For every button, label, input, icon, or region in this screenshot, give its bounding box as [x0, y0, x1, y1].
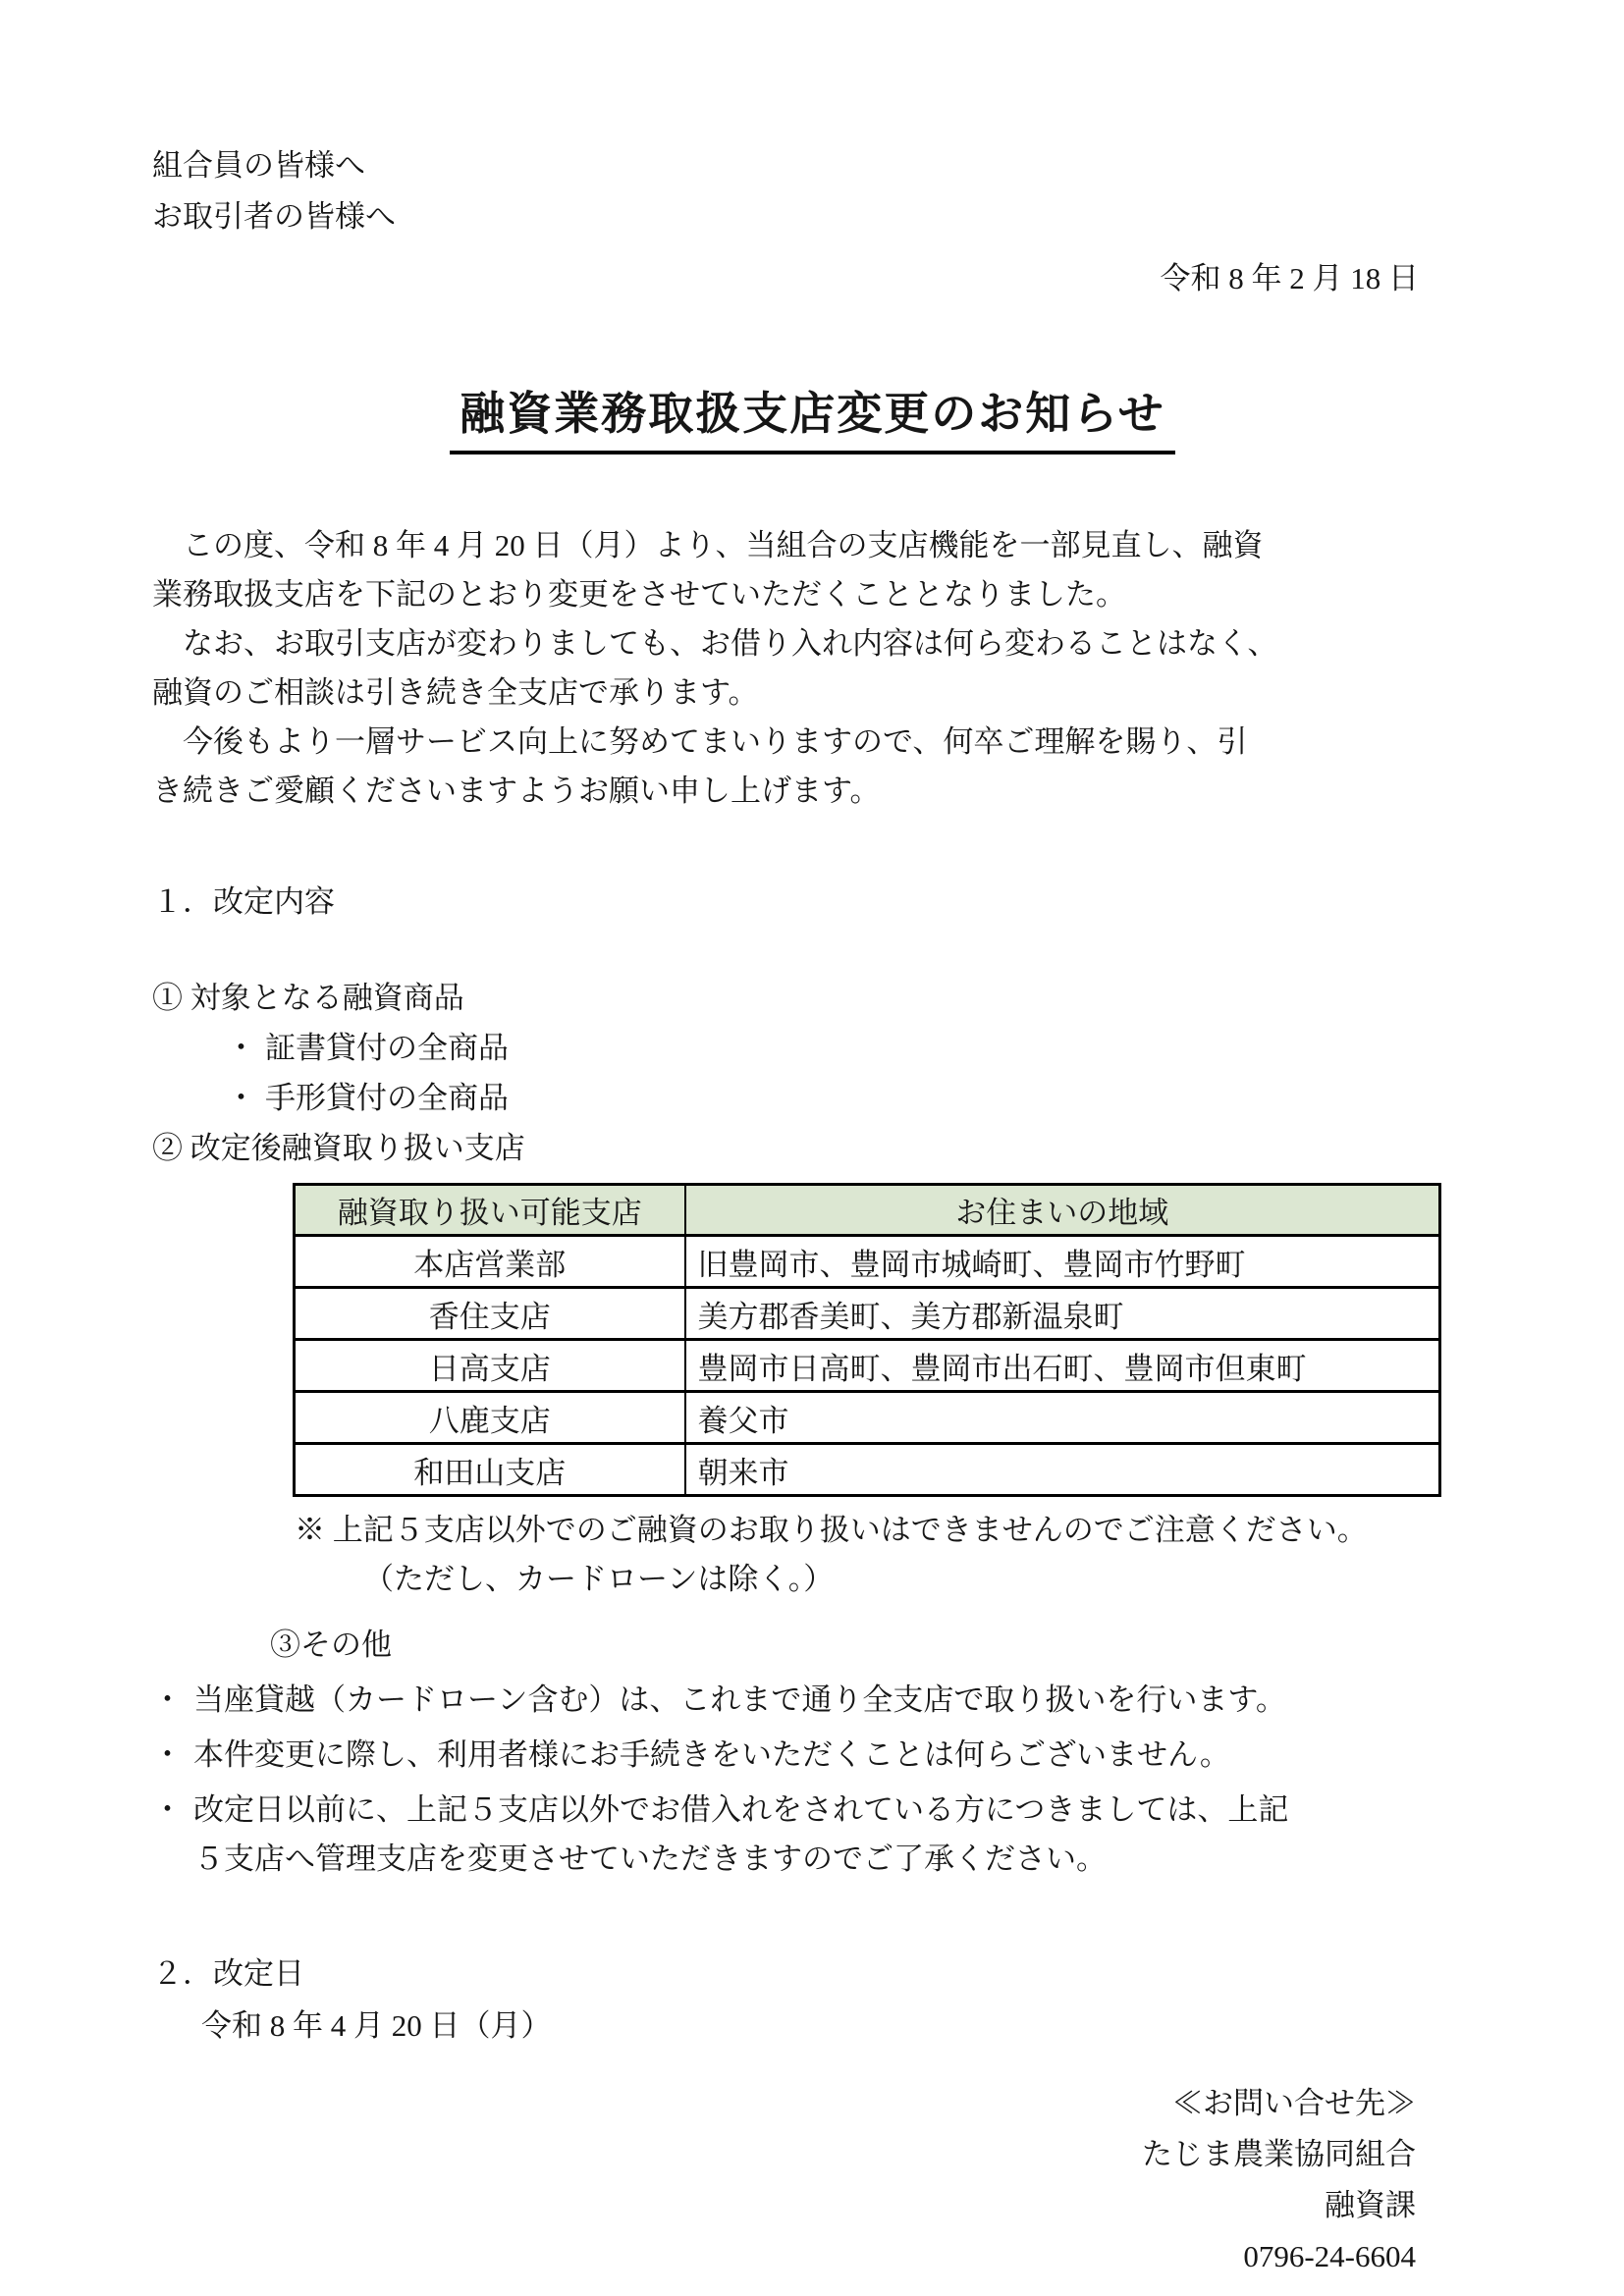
table-header-row: 融資取り扱い可能支店 お住まいの地域: [295, 1185, 1440, 1236]
section1-heading: １．改定内容: [152, 877, 1473, 928]
section1-list: ① 対象となる融資商品 ・ 証書貸付の全商品 ・ 手形貸付の全商品 ② 改定後融…: [152, 973, 1473, 1173]
bullet-marker: ・: [152, 1676, 193, 1725]
table-header-cell: 融資取り扱い可能支店: [295, 1185, 685, 1236]
list-item: ・ 手形貸付の全商品: [226, 1073, 1473, 1123]
contact-organization: たじま農業協同組合: [152, 2129, 1416, 2180]
list-item: ・ 本件変更に際し、利用者様にお手続きをいただくことは何らございません。: [152, 1731, 1473, 1780]
contact-heading: ≪お問い合せ先≫: [152, 2078, 1416, 2129]
table-row: 香住支店 美方郡香美町、美方郡新温泉町: [295, 1288, 1440, 1340]
document-page: 組合員の皆様へ お取引者の皆様へ 令和 8 年 2 月 18 日 融資業務取扱支…: [0, 0, 1624, 2282]
bullet-marker: ・: [152, 1731, 193, 1780]
area-cell: 朝来市: [685, 1444, 1440, 1496]
list-item-text: 手形貸付の全商品: [265, 1073, 509, 1123]
area-cell: 豊岡市日高町、豊岡市出石町、豊岡市但東町: [685, 1340, 1440, 1392]
table-row: 和田山支店 朝来市: [295, 1444, 1440, 1496]
list-item: ・ 証書貸付の全商品: [226, 1023, 1473, 1073]
paragraph: なお、お取引支店が変わりましても、お借り入れ内容は何ら変わることはなく、 融資の…: [152, 619, 1473, 718]
item3-label: ③その他: [270, 1621, 1473, 1670]
list-item: ・ 当座貸越（カードローン含む）は、これまで通り全支店で取り扱いを行います。: [152, 1676, 1473, 1725]
bullet-marker: ・: [226, 1023, 265, 1073]
list-item-text: 改定日以前に、上記５支店以外でお借入れをされている方につきましては、上記 ５支店…: [193, 1786, 1288, 1884]
section2-heading: ２．改定日: [152, 1949, 1473, 2000]
contact-phone: 0796-24-6604: [152, 2231, 1416, 2282]
paragraph: 今後もより一層サービス向上に努めてまいりますので、何卒ご理解を賜り、引 き続きご…: [152, 718, 1473, 816]
branch-name-cell: 和田山支店: [295, 1444, 685, 1496]
recipient-line: 組合員の皆様へ: [152, 140, 1473, 191]
branch-name-cell: 本店営業部: [295, 1236, 685, 1288]
branch-table: 融資取り扱い可能支店 お住まいの地域 本店営業部 旧豊岡市、豊岡市城崎町、豊岡市…: [293, 1183, 1441, 1497]
area-cell: 旧豊岡市、豊岡市城崎町、豊岡市竹野町: [685, 1236, 1440, 1288]
table-note: ※ 上記５支店以外でのご融資のお取り扱いはできませんのでご注意ください。: [295, 1509, 1473, 1552]
item2-label: ② 改定後融資取り扱い支店: [152, 1123, 1473, 1173]
recipient-block: 組合員の皆様へ お取引者の皆様へ: [152, 140, 1473, 242]
title-wrap: 融資業務取扱支店変更のお知らせ: [152, 378, 1473, 454]
effective-date: 令和 8 年 4 月 20 日（月）: [201, 2002, 1473, 2051]
table-row: 本店営業部 旧豊岡市、豊岡市城崎町、豊岡市竹野町: [295, 1236, 1440, 1288]
list-item-text: 証書貸付の全商品: [265, 1023, 509, 1073]
contact-block: ≪お問い合せ先≫ たじま農業協同組合 融資課 0796-24-6604: [152, 2078, 1473, 2282]
area-cell: 養父市: [685, 1392, 1440, 1444]
area-cell: 美方郡香美町、美方郡新温泉町: [685, 1288, 1440, 1340]
paragraph: この度、令和 8 年 4 月 20 日（月）より、当組合の支店機能を一部見直し、…: [152, 521, 1473, 619]
branch-name-cell: 日高支店: [295, 1340, 685, 1392]
list-item-text: 本件変更に際し、利用者様にお手続きをいただくことは何らございません。: [193, 1731, 1230, 1780]
item1-label: ① 対象となる融資商品: [152, 973, 1473, 1023]
branch-name-cell: 香住支店: [295, 1288, 685, 1340]
document-date: 令和 8 年 2 月 18 日: [152, 254, 1473, 303]
contact-department: 融資課: [152, 2180, 1416, 2231]
body-text: この度、令和 8 年 4 月 20 日（月）より、当組合の支店機能を一部見直し、…: [152, 521, 1473, 816]
recipient-line: お取引者の皆様へ: [152, 191, 1473, 242]
table-row: 日高支店 豊岡市日高町、豊岡市出石町、豊岡市但東町: [295, 1340, 1440, 1392]
list-item: ・ 改定日以前に、上記５支店以外でお借入れをされている方につきましては、上記 ５…: [152, 1786, 1473, 1884]
branch-name-cell: 八鹿支店: [295, 1392, 685, 1444]
bullet-marker: ・: [226, 1073, 265, 1123]
table-header-cell: お住まいの地域: [685, 1185, 1440, 1236]
page-title: 融資業務取扱支店変更のお知らせ: [450, 378, 1175, 454]
table-row: 八鹿支店 養父市: [295, 1392, 1440, 1444]
table-note-exception: （ただし、カードローンは除く。）: [363, 1556, 1473, 1603]
bullet-marker: ・: [152, 1786, 193, 1884]
list-item-text: 当座貸越（カードローン含む）は、これまで通り全支店で取り扱いを行います。: [193, 1676, 1286, 1725]
